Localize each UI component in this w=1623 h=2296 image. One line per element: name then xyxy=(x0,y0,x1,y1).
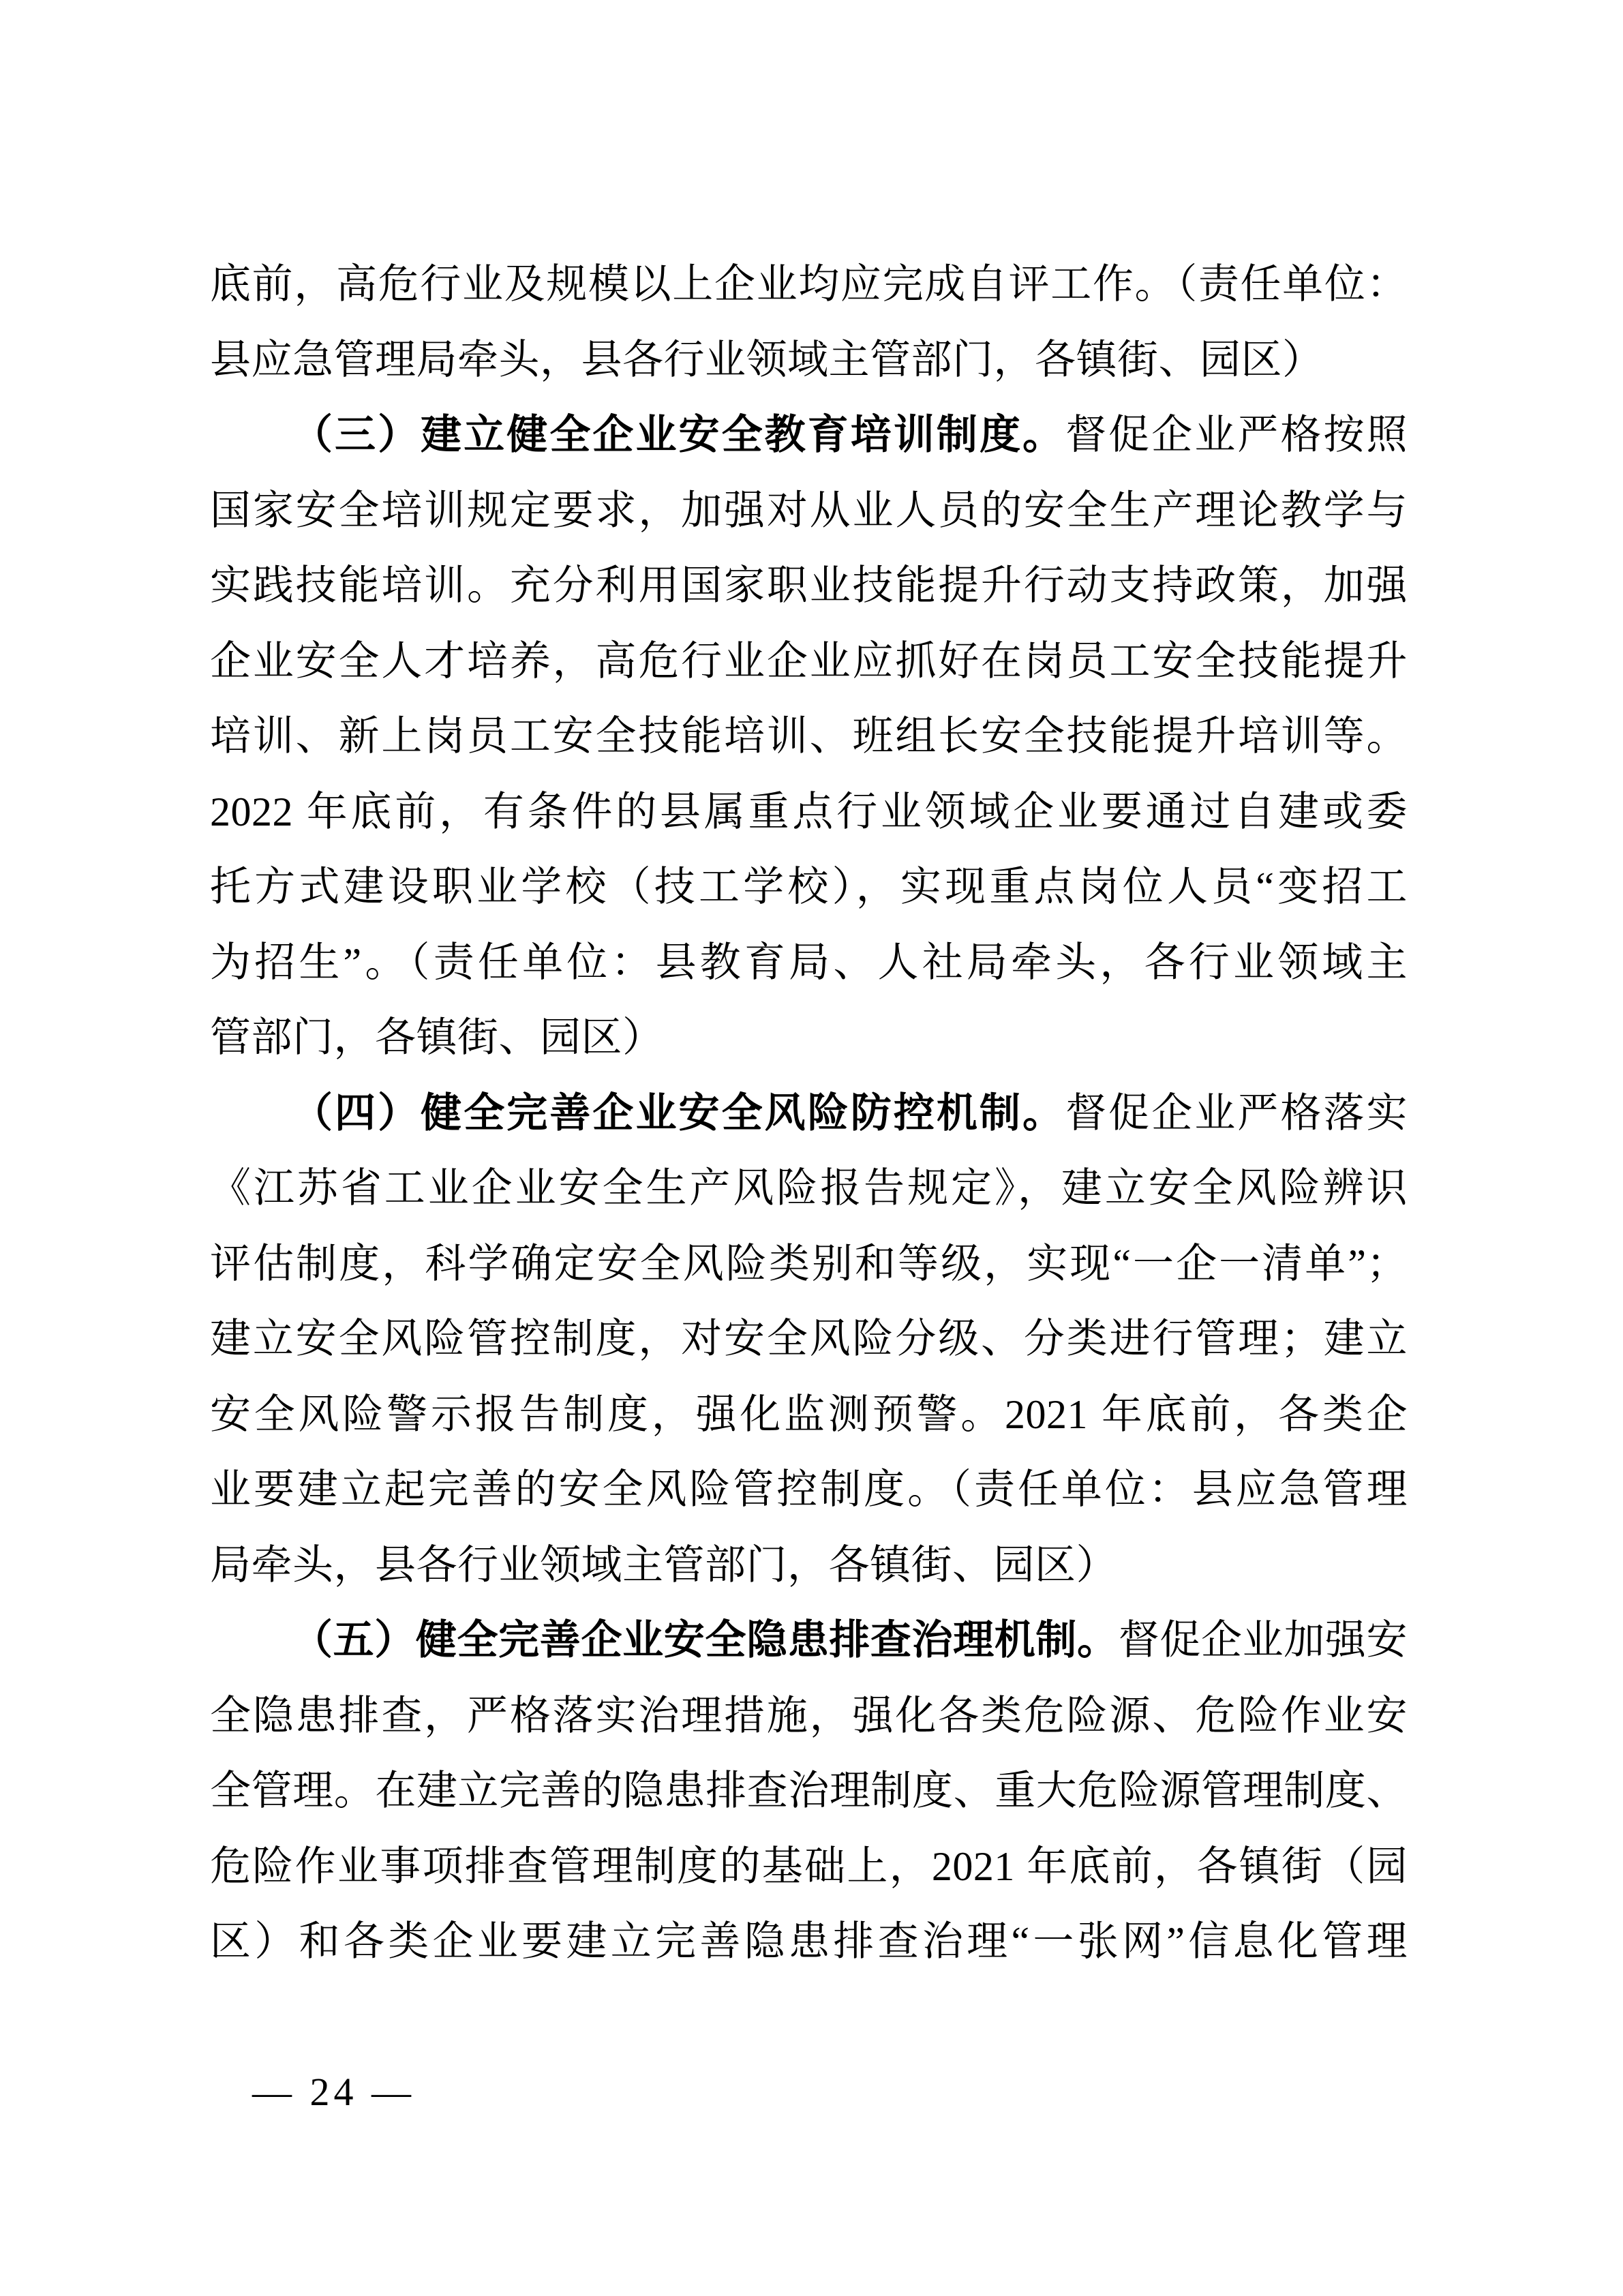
text-line: （五）健全完善企业安全隐患排查治理机制。督促企业加强安 xyxy=(210,1603,1408,1678)
text-line: （四）健全完善企业安全风险防控机制。督促企业严格落实 xyxy=(210,1076,1408,1151)
text-line: 安全风险警示报告制度，强化监测预警。2021 年底前，各类企 xyxy=(210,1377,1408,1453)
body-text: 评估制度，科学确定安全风险类别和等级，实现“一企一清单”； xyxy=(210,1241,1408,1286)
body-text: 培训、新上岗员工安全技能培训、班组长安全技能提升培训等。 xyxy=(210,714,1408,759)
body-text: 全隐患排查，严格落实治理措施，强化各类危险源、危险作业安 xyxy=(210,1693,1408,1738)
section-heading-text: （五）健全完善企业安全隐患排查治理机制。 xyxy=(292,1618,1119,1663)
text-line: 管部门，各镇街、园区） xyxy=(210,1000,1408,1076)
body-text: 督促企业严格按照 xyxy=(1065,412,1408,457)
body-text: 托方式建设职业学校（技工学校），实现重点岗位人员“变招工 xyxy=(210,864,1408,909)
text-line: （三）建立健全企业安全教育培训制度。督促企业严格按照 xyxy=(210,397,1408,473)
text-line: 全管理。在建立完善的隐患排查治理制度、重大危险源管理制度、 xyxy=(210,1753,1408,1829)
text-line: 危险作业事项排查管理制度的基础上，2021 年底前，各镇街（园 xyxy=(210,1829,1408,1905)
text-line: 实践技能培训。充分利用国家职业技能提升行动支持政策，加强 xyxy=(210,548,1408,624)
body-text: 建立安全风险管控制度，对安全风险分级、分类进行管理；建立 xyxy=(210,1316,1408,1361)
text-line: 《江苏省工业企业安全生产风险报告规定》，建立安全风险辨识 xyxy=(210,1151,1408,1226)
section-heading-text: （三）建立健全企业安全教育培训制度。 xyxy=(292,412,1065,457)
text-line: 县应急管理局牵头，县各行业领域主管部门，各镇街、园区） xyxy=(210,322,1408,398)
body-text: 国家安全培训规定要求，加强对从业人员的安全生产理论教学与 xyxy=(210,488,1408,533)
section-heading-text: （四）健全完善企业安全风险防控机制。 xyxy=(292,1091,1065,1136)
body-text: 督促企业严格落实 xyxy=(1065,1091,1408,1136)
body-text: 局牵头，县各行业领域主管部门，各镇街、园区） xyxy=(210,1543,1117,1588)
body-text: 为招生”。（责任单位：县教育局、人社局牵头，各行业领域主 xyxy=(210,940,1408,985)
body-text: 企业安全人才培养，高危行业企业应抓好在岗员工安全技能提升 xyxy=(210,639,1408,684)
text-line: 局牵头，县各行业领域主管部门，各镇街、园区） xyxy=(210,1528,1408,1603)
text-line: 建立安全风险管控制度，对安全风险分级、分类进行管理；建立 xyxy=(210,1301,1408,1377)
text-line: 2022 年底前，有条件的县属重点行业领域企业要通过自建或委 xyxy=(210,774,1408,850)
body-text: 管部门，各镇街、园区） xyxy=(210,1015,664,1060)
text-line: 区）和各类企业要建立完善隐患排查治理“一张网”信息化管理 xyxy=(210,1904,1408,1980)
text-line: 业要建立起完善的安全风险管控制度。（责任单位：县应急管理 xyxy=(210,1452,1408,1528)
text-line: 国家安全培训规定要求，加强对从业人员的安全生产理论教学与 xyxy=(210,473,1408,549)
body-text: 业要建立起完善的安全风险管控制度。（责任单位：县应急管理 xyxy=(210,1467,1408,1512)
body-text: 危险作业事项排查管理制度的基础上，2021 年底前，各镇街（园 xyxy=(210,1844,1408,1889)
page-number: — 24 — xyxy=(252,2069,415,2115)
body-text: 安全风险警示报告制度，强化监测预警。2021 年底前，各类企 xyxy=(210,1392,1408,1437)
body-text: 底前，高危行业及规模以上企业均应完成自评工作。（责任单位： xyxy=(210,262,1408,307)
body-text: 实践技能培训。充分利用国家职业技能提升行动支持政策，加强 xyxy=(210,563,1408,608)
body-text: 全管理。在建立完善的隐患排查治理制度、重大危险源管理制度、 xyxy=(210,1768,1408,1813)
body-text: 区）和各类企业要建立完善隐患排查治理“一张网”信息化管理 xyxy=(210,1919,1408,1964)
text-line: 底前，高危行业及规模以上企业均应完成自评工作。（责任单位： xyxy=(210,247,1408,322)
text-line: 企业安全人才培养，高危行业企业应抓好在岗员工安全技能提升 xyxy=(210,624,1408,699)
text-line: 托方式建设职业学校（技工学校），实现重点岗位人员“变招工 xyxy=(210,849,1408,925)
document-body: 底前，高危行业及规模以上企业均应完成自评工作。（责任单位：县应急管理局牵头，县各… xyxy=(210,247,1408,1980)
text-line: 评估制度，科学确定安全风险类别和等级，实现“一企一清单”； xyxy=(210,1226,1408,1302)
text-line: 为招生”。（责任单位：县教育局、人社局牵头，各行业领域主 xyxy=(210,925,1408,1001)
body-text: 督促企业加强安 xyxy=(1119,1618,1408,1663)
body-text: 县应急管理局牵头，县各行业领域主管部门，各镇街、园区） xyxy=(210,337,1324,382)
body-text: 2022 年底前，有条件的县属重点行业领域企业要通过自建或委 xyxy=(210,789,1408,834)
body-text: 《江苏省工业企业安全生产风险报告规定》，建立安全风险辨识 xyxy=(210,1166,1408,1211)
text-line: 培训、新上岗员工安全技能培训、班组长安全技能提升培训等。 xyxy=(210,699,1408,774)
text-line: 全隐患排查，严格落实治理措施，强化各类危险源、危险作业安 xyxy=(210,1678,1408,1754)
document-page: 底前，高危行业及规模以上企业均应完成自评工作。（责任单位：县应急管理局牵头，县各… xyxy=(0,0,1623,2296)
